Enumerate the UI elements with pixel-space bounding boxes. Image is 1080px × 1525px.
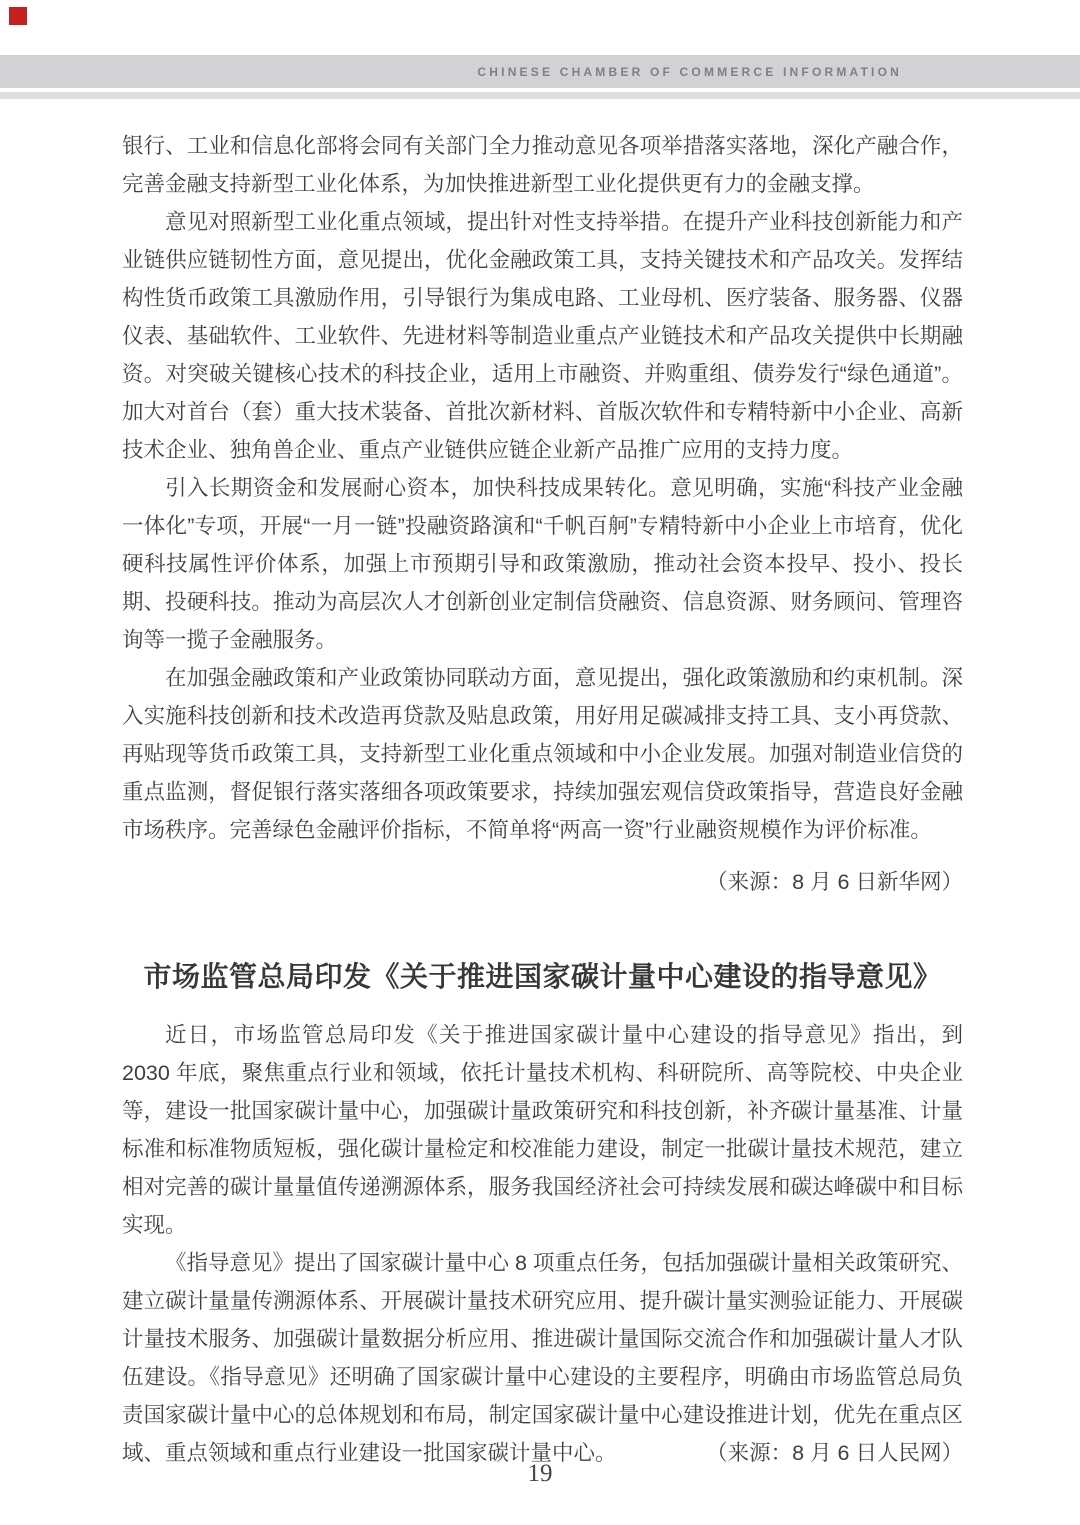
source-attribution: （来源：8 月 6 日新华网）	[122, 863, 963, 901]
paragraph: 《指导意见》提出了国家碳计量中心 8 项重点任务，包括加强碳计量相关政策研究、建…	[122, 1244, 963, 1472]
paragraph: 意见对照新型工业化重点领域，提出针对性支持举措。在提升产业科技创新能力和产业链供…	[122, 203, 963, 469]
paragraph-text: 《指导意见》提出了国家碳计量中心 8 项重点任务，包括加强碳计量相关政策研究、建…	[122, 1251, 963, 1465]
article-title: 市场监管总局印发《关于推进国家碳计量中心建设的指导意见》	[122, 957, 963, 997]
header-banner-underline	[0, 92, 1080, 99]
banner-title: CHINESE CHAMBER OF COMMERCE INFORMATION	[477, 65, 902, 79]
page-content: 银行、工业和信息化部将会同有关部门全力推动意见各项举措落实落地，深化产融合作，完…	[122, 127, 963, 1472]
paragraph: 在加强金融政策和产业政策协同联动方面，意见提出，强化政策激励和约束机制。深入实施…	[122, 659, 963, 849]
red-accent-square	[9, 7, 27, 25]
page-number: 19	[0, 1460, 1080, 1488]
header-banner: CHINESE CHAMBER OF COMMERCE INFORMATION	[0, 55, 1080, 88]
paragraph: 近日，市场监管总局印发《关于推进国家碳计量中心建设的指导意见》指出，到 2030…	[122, 1016, 963, 1244]
paragraph: 引入长期资金和发展耐心资本，加快科技成果转化。意见明确，实施“科技产业金融一体化…	[122, 469, 963, 659]
paragraph: 银行、工业和信息化部将会同有关部门全力推动意见各项举措落实落地，深化产融合作，完…	[122, 127, 963, 203]
